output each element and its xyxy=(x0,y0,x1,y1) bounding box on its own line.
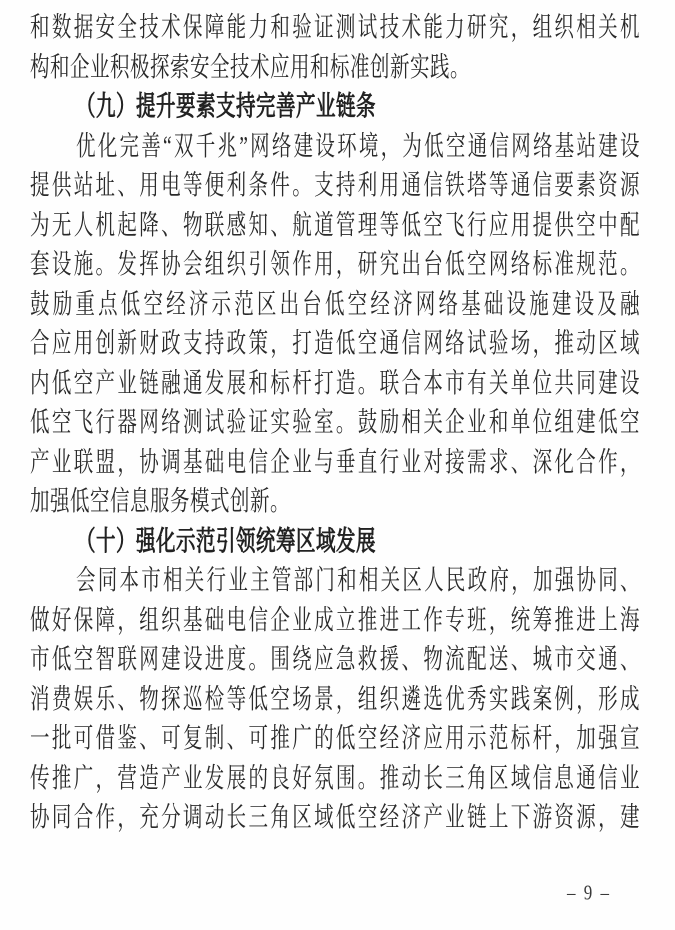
document-page: 和数据安全技术保障能力和验证测试技术能力研究，组织相关机构和企业积极探索安全技术… xyxy=(0,0,675,930)
text-block: 和数据安全技术保障能力和验证测试技术能力研究，组织相关机构和企业积极探索安全技术… xyxy=(30,9,640,839)
text-line: 协同合作，充分调动长三角区域低空经济产业链上下游资源，建 xyxy=(30,791,640,846)
page-number: – 9 – xyxy=(567,878,611,908)
